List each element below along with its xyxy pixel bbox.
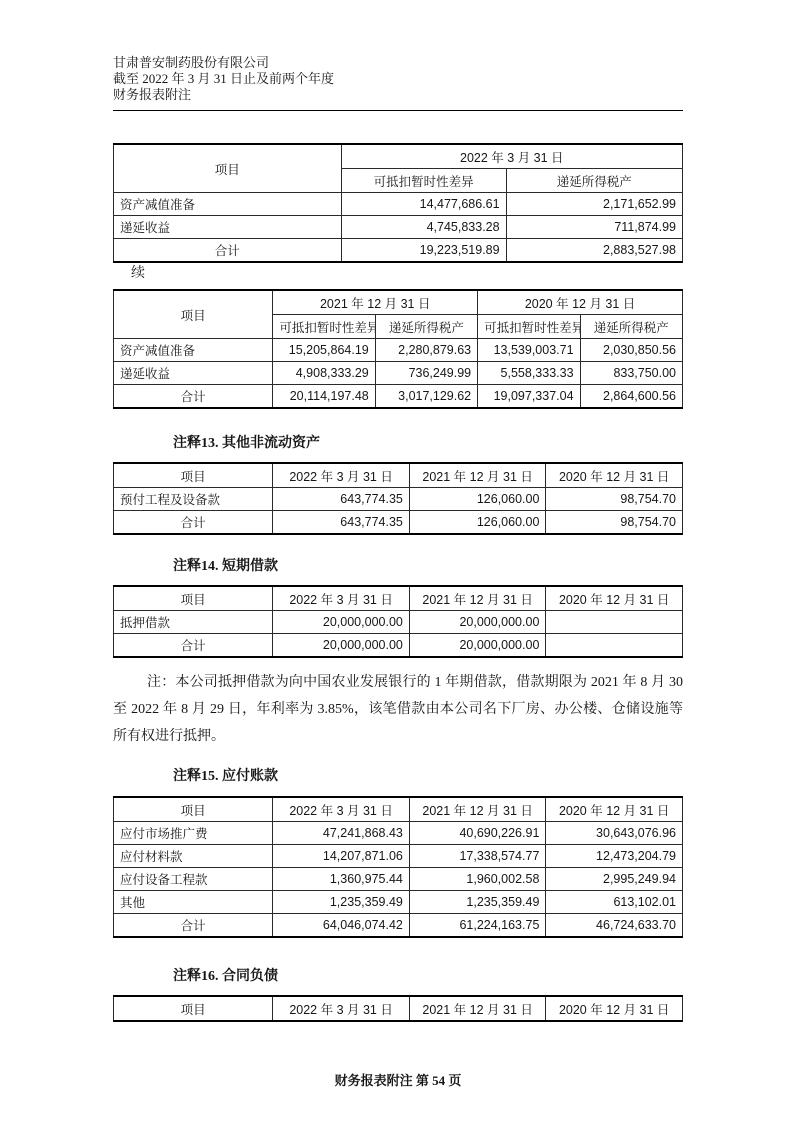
- column-header-item: 项目: [114, 144, 342, 193]
- row-label: 递延收益: [114, 216, 342, 239]
- total-label: 合计: [114, 634, 273, 658]
- cell-value: 98,754.70: [546, 511, 683, 535]
- total-label: 合计: [114, 239, 342, 263]
- note15-heading: 注释15. 应付账款: [113, 768, 683, 786]
- cell-value: 1,360,975.44: [273, 868, 410, 891]
- note13-other-noncurrent-assets-table: 项目 2022 年 3 月 31 日 2021 年 12 月 31 日 2020…: [113, 462, 683, 535]
- column-header-deductible: 可抵扣暂时性差异: [478, 315, 580, 339]
- cell-value: 2,995,249.94: [546, 868, 683, 891]
- column-header-date: 2022 年 3 月 31 日: [341, 144, 682, 169]
- cell-value: 64,046,074.42: [273, 914, 410, 938]
- deferred-tax-table-2022: 项目 2022 年 3 月 31 日 可抵扣暂时性差异 递延所得税产 资产减值准…: [113, 143, 683, 263]
- cell-value: 20,000,000.00: [273, 611, 410, 634]
- table-row: 资产减值准备14,477,686.612,171,652.99: [114, 193, 683, 216]
- cell-value: 4,745,833.28: [341, 216, 506, 239]
- cell-value: 613,102.01: [546, 891, 683, 914]
- cell-value: [546, 611, 683, 634]
- cell-value: 40,690,226.91: [409, 822, 546, 845]
- cell-value: 98,754.70: [546, 488, 683, 511]
- page-footer: 财务报表附注 第 54 页: [113, 1070, 683, 1089]
- row-label: 资产减值准备: [114, 193, 342, 216]
- cell-value: 20,114,197.48: [273, 385, 375, 409]
- cell-value: 736,249.99: [375, 362, 477, 385]
- cell-value: 20,000,000.00: [409, 634, 546, 658]
- cell-value: 126,060.00: [409, 511, 546, 535]
- cell-value: 19,097,337.04: [478, 385, 580, 409]
- note14-footnote: 注：本公司抵押借款为向中国农业发展银行的 1 年期借款，借款期限为 2021 年…: [113, 669, 683, 750]
- row-label: 应付设备工程款: [114, 868, 273, 891]
- cell-value: 2,171,652.99: [506, 193, 682, 216]
- table-row: 抵押借款20,000,000.0020,000,000.00: [114, 611, 683, 634]
- deferred-tax-table-prior-years: 项目 2021 年 12 月 31 日 2020 年 12 月 31 日 可抵扣…: [113, 289, 683, 409]
- column-header-item: 项目: [114, 586, 273, 611]
- table-header-row: 项目 2022 年 3 月 31 日 2021 年 12 月 31 日 2020…: [114, 463, 683, 488]
- cell-value: 30,643,076.96: [546, 822, 683, 845]
- cell-value: 1,235,359.49: [273, 891, 410, 914]
- column-header-date: 2022 年 3 月 31 日: [273, 463, 410, 488]
- note16-contract-liabilities-table: 项目 2022 年 3 月 31 日 2021 年 12 月 31 日 2020…: [113, 995, 683, 1022]
- table-row: 递延收益4,745,833.28711,874.99: [114, 216, 683, 239]
- header-divider: [113, 110, 683, 111]
- column-header-date: 2021 年 12 月 31 日: [409, 463, 546, 488]
- column-header-date: 2020 年 12 月 31 日: [546, 996, 683, 1021]
- column-header-deductible: 可抵扣暂时性差异: [341, 169, 506, 193]
- table-header-row: 项目 2022 年 3 月 31 日 2021 年 12 月 31 日 2020…: [114, 996, 683, 1021]
- cell-value: 4,908,333.29: [273, 362, 375, 385]
- table-row: 其他1,235,359.491,235,359.49613,102.01: [114, 891, 683, 914]
- total-label: 合计: [114, 914, 273, 938]
- cell-value: 643,774.35: [273, 488, 410, 511]
- column-header-date: 2022 年 3 月 31 日: [273, 797, 410, 822]
- cell-value: 711,874.99: [506, 216, 682, 239]
- cell-value: 833,750.00: [580, 362, 682, 385]
- cell-value: 15,205,864.19: [273, 339, 375, 362]
- column-header-date: 2022 年 3 月 31 日: [273, 996, 410, 1021]
- cell-value: 47,241,868.43: [273, 822, 410, 845]
- cell-value: 643,774.35: [273, 511, 410, 535]
- column-header-date: 2022 年 3 月 31 日: [273, 586, 410, 611]
- table-row: 资产减值准备15,205,864.192,280,879.6313,539,00…: [114, 339, 683, 362]
- column-header-deferred-tax: 递延所得税产: [506, 169, 682, 193]
- column-header-date: 2021 年 12 月 31 日: [409, 797, 546, 822]
- column-header-deductible: 可抵扣暂时性差异: [273, 315, 375, 339]
- footnote-line: 注：本公司抵押借款为向中国农业发展银行的 1 年期借款，借款期限为 2021 年…: [113, 669, 683, 696]
- column-header-item: 项目: [114, 290, 273, 339]
- cell-value: 3,017,129.62: [375, 385, 477, 409]
- table-header-row: 项目 2022 年 3 月 31 日: [114, 144, 683, 169]
- total-row: 合计64,046,074.4261,224,163.7546,724,633.7…: [114, 914, 683, 938]
- row-label: 资产减值准备: [114, 339, 273, 362]
- note15-accounts-payable-table: 项目 2022 年 3 月 31 日 2021 年 12 月 31 日 2020…: [113, 796, 683, 938]
- row-label: 其他: [114, 891, 273, 914]
- footnote-line: 所有权进行抵押。: [113, 723, 683, 750]
- cell-value: 2,280,879.63: [375, 339, 477, 362]
- cell-value: 17,338,574.77: [409, 845, 546, 868]
- cell-value: 46,724,633.70: [546, 914, 683, 938]
- total-label: 合计: [114, 385, 273, 409]
- column-header-date: 2021 年 12 月 31 日: [409, 996, 546, 1021]
- total-label: 合计: [114, 511, 273, 535]
- table-row: 应付设备工程款1,360,975.441,960,002.582,995,249…: [114, 868, 683, 891]
- note16-heading: 注释16. 合同负债: [113, 968, 683, 986]
- column-header-date-2021: 2021 年 12 月 31 日: [273, 290, 478, 315]
- total-row: 合计643,774.35126,060.0098,754.70: [114, 511, 683, 535]
- cell-value: 13,539,003.71: [478, 339, 580, 362]
- cell-value: 1,960,002.58: [409, 868, 546, 891]
- column-header-item: 项目: [114, 463, 273, 488]
- note13-heading: 注释13. 其他非流动资产: [113, 435, 683, 453]
- cell-value: 2,864,600.56: [580, 385, 682, 409]
- column-header-deferred-tax: 递延所得税产: [375, 315, 477, 339]
- cell-value: 61,224,163.75: [409, 914, 546, 938]
- note14-short-term-borrowings-table: 项目 2022 年 3 月 31 日 2021 年 12 月 31 日 2020…: [113, 585, 683, 658]
- cell-value: 12,473,204.79: [546, 845, 683, 868]
- cell-value: 14,477,686.61: [341, 193, 506, 216]
- cell-value: 14,207,871.06: [273, 845, 410, 868]
- table-row: 预付工程及设备款643,774.35126,060.0098,754.70: [114, 488, 683, 511]
- table-header-row: 项目 2021 年 12 月 31 日 2020 年 12 月 31 日: [114, 290, 683, 315]
- document-page: 甘肃普安制药股份有限公司 截至 2022 年 3 月 31 日止及前两个年度 财…: [0, 0, 793, 1122]
- cell-value: 126,060.00: [409, 488, 546, 511]
- total-row: 合计19,223,519.892,883,527.98: [114, 239, 683, 263]
- cell-value: 19,223,519.89: [341, 239, 506, 263]
- document-title: 财务报表附注: [113, 87, 683, 103]
- row-label: 递延收益: [114, 362, 273, 385]
- cell-value: 20,000,000.00: [409, 611, 546, 634]
- reporting-period: 截至 2022 年 3 月 31 日止及前两个年度: [113, 71, 683, 87]
- cell-value: 1,235,359.49: [409, 891, 546, 914]
- company-name: 甘肃普安制药股份有限公司: [113, 55, 683, 71]
- cell-value: 20,000,000.00: [273, 634, 410, 658]
- row-label: 预付工程及设备款: [114, 488, 273, 511]
- total-row: 合计20,114,197.483,017,129.6219,097,337.04…: [114, 385, 683, 409]
- cell-value: 5,558,333.33: [478, 362, 580, 385]
- column-header-date: 2021 年 12 月 31 日: [409, 586, 546, 611]
- table-row: 应付市场推广费47,241,868.4340,690,226.9130,643,…: [114, 822, 683, 845]
- table-row: 递延收益4,908,333.29736,249.995,558,333.3383…: [114, 362, 683, 385]
- note14-heading: 注释14. 短期借款: [113, 558, 683, 576]
- footnote-line: 至 2022 年 8 月 29 日，年利率为 3.85%，该笔借款由本公司名下厂…: [113, 696, 683, 723]
- row-label: 应付市场推广费: [114, 822, 273, 845]
- cell-value: 2,883,527.98: [506, 239, 682, 263]
- column-header-date: 2020 年 12 月 31 日: [546, 586, 683, 611]
- table-header-row: 项目 2022 年 3 月 31 日 2021 年 12 月 31 日 2020…: [114, 586, 683, 611]
- column-header-item: 项目: [114, 996, 273, 1021]
- cell-value: 2,030,850.56: [580, 339, 682, 362]
- cell-value: [546, 634, 683, 658]
- row-label: 抵押借款: [114, 611, 273, 634]
- column-header-item: 项目: [114, 797, 273, 822]
- total-row: 合计20,000,000.0020,000,000.00: [114, 634, 683, 658]
- table-header-row: 项目 2022 年 3 月 31 日 2021 年 12 月 31 日 2020…: [114, 797, 683, 822]
- continuation-label: 续: [113, 265, 683, 283]
- column-header-date-2020: 2020 年 12 月 31 日: [478, 290, 683, 315]
- table-row: 应付材料款14,207,871.0617,338,574.7712,473,20…: [114, 845, 683, 868]
- document-header: 甘肃普安制药股份有限公司 截至 2022 年 3 月 31 日止及前两个年度 财…: [113, 55, 683, 103]
- row-label: 应付材料款: [114, 845, 273, 868]
- column-header-deferred-tax: 递延所得税产: [580, 315, 682, 339]
- column-header-date: 2020 年 12 月 31 日: [546, 463, 683, 488]
- column-header-date: 2020 年 12 月 31 日: [546, 797, 683, 822]
